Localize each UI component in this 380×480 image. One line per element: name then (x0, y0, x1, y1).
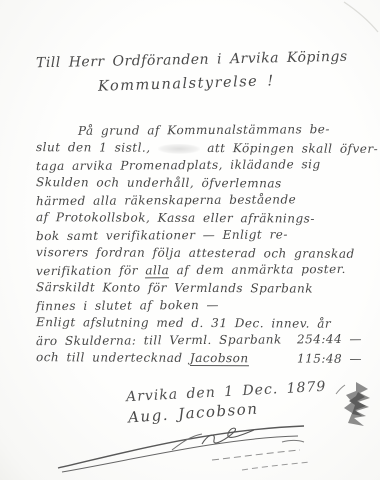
body-line-text: verifikation för (36, 263, 145, 278)
debt-label: äro Skulderna: till Verml. Sparbank (36, 331, 282, 350)
heading-line-2: Kommunalstyrelse ! (98, 73, 275, 95)
debt-label-text: och till undertecknad (36, 350, 190, 365)
underlined-word: alla (145, 263, 169, 278)
body-line: taga arvika Promenadplats, iklädande sig (36, 156, 368, 176)
handwritten-letter-page: Till Herr Ordföranden i Arvika Köpings K… (0, 0, 380, 480)
heading-line-1: Till Herr Ordföranden i Arvika Köpings (36, 49, 348, 72)
letter-body: På grund af Kommunalstämmans be- slut de… (36, 122, 368, 367)
body-line-text: af dem anmärkta poster. (169, 262, 346, 277)
body-line: bok samt verifikationer — Enligt re- (36, 226, 368, 246)
debt-row: äro Skulderna: till Verml. Sparbank 254:… (36, 331, 362, 351)
body-line-text: att Köpingen skall öfver- (200, 140, 378, 155)
body-line: Skulden och underhåll, öfverlemnas (36, 174, 368, 193)
erased-word-smudge (158, 143, 200, 153)
ink-blot (334, 380, 376, 432)
body-line: af Protokollsbok, Kassa eller afräknings… (36, 209, 368, 228)
body-line: verifikation för alla af dem anmärkta po… (36, 261, 368, 281)
body-line: På grund af Kommunalstämmans be- (36, 121, 368, 141)
body-line-text: slut den 1 sistl., (36, 140, 158, 155)
body-line: Enligt afslutning med d. 31 Dec. innev. … (36, 314, 368, 333)
body-line: härmed alla räkenskaperna bestående (36, 191, 368, 211)
debt-row: och till undertecknad Jacobson 115:48 — (36, 349, 362, 368)
paper-crease (342, 0, 380, 34)
countersignature-flourish (52, 416, 342, 478)
body-line: finnes i slutet af boken — (36, 296, 368, 316)
body-line: slut den 1 sistl., att Köpingen skall öf… (36, 139, 368, 158)
debt-amount: 254:44 — (297, 331, 362, 349)
body-line: Särskildt Konto för Vermlands Sparbank (36, 279, 368, 298)
debt-label: och till undertecknad Jacobson (36, 349, 249, 368)
underlined-word: Jacobson (190, 350, 249, 365)
body-line: visorers fordran följa attesterad och gr… (36, 244, 368, 263)
debt-amount: 115:48 — (297, 350, 362, 368)
